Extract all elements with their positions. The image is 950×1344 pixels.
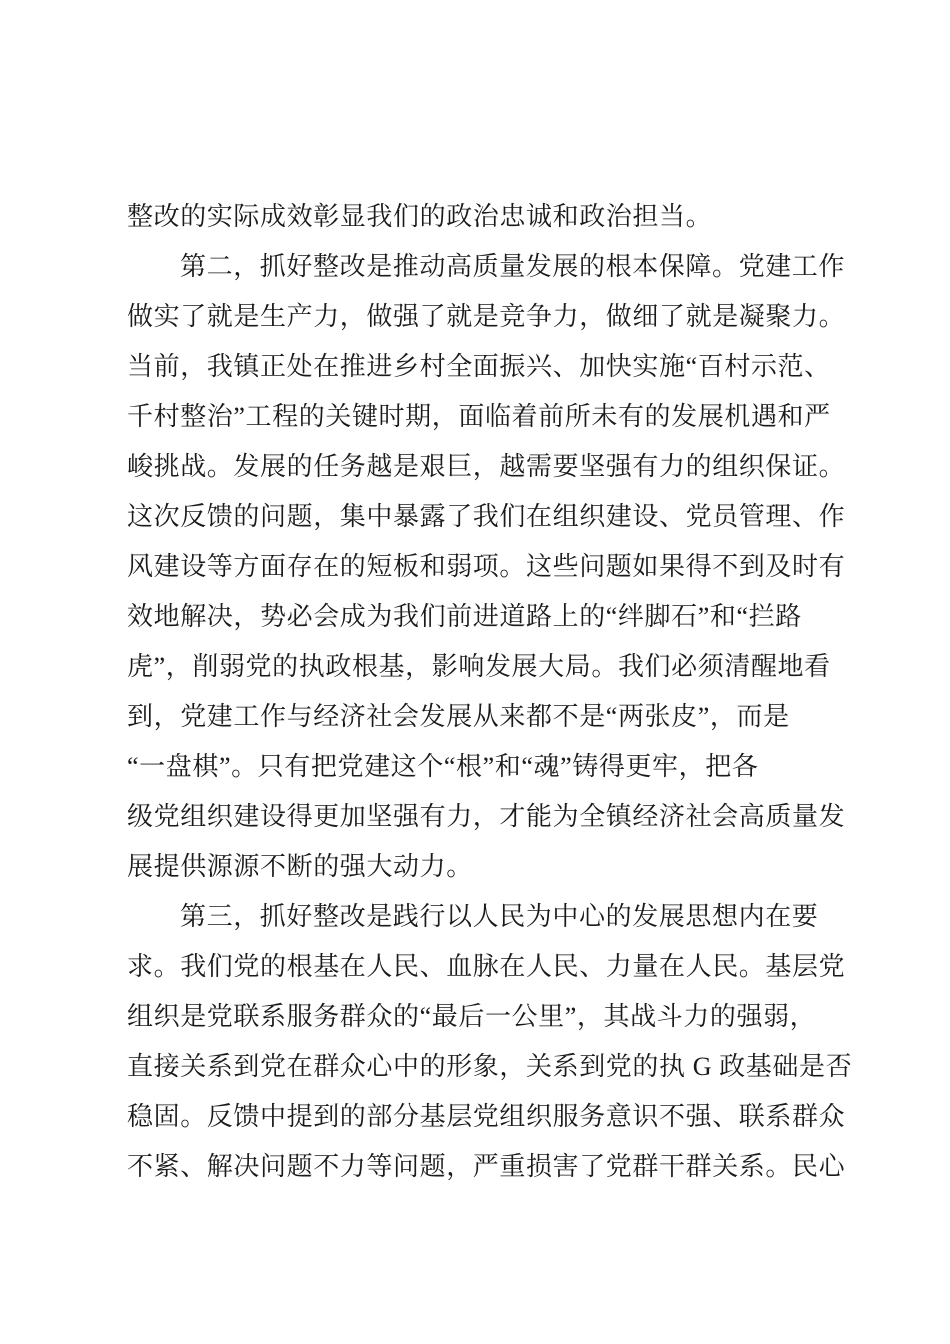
text-line: 风建设等方面存在的短板和弱项。这些问题如果得不到及时有: [127, 542, 849, 592]
document-page: 整改的实际成效彰显我们的政治忠诚和政治担当。第二，抓好整改是推动高质量发展的根本…: [0, 0, 950, 1344]
text-line: 千村整治”工程的关键时期，面临着前所未有的发展机遇和严: [127, 392, 849, 442]
text-line: 组织是党联系服务群众的“最后一公里”，其战斗力的强弱，: [127, 992, 849, 1042]
text-line: 做实了就是生产力，做强了就是竞争力，做细了就是凝聚力。: [127, 292, 849, 342]
text-line: 展提供源源不断的强大动力。: [127, 842, 849, 892]
text-line: 峻挑战。发展的任务越是艰巨，越需要坚强有力的组织保证。: [127, 442, 849, 492]
text-line: 这次反馈的问题，集中暴露了我们在组织建设、党员管理、作: [127, 492, 849, 542]
text-line: 整改的实际成效彰显我们的政治忠诚和政治担当。: [127, 192, 849, 242]
text-line: 到，党建工作与经济社会发展从来都不是“两张皮”，而是: [127, 692, 849, 742]
text-line: “一盘棋”。只有把党建这个“根”和“魂”铸得更牢，把各: [127, 742, 849, 792]
text-line: 不紧、解决问题不力等问题，严重损害了党群干群关系。民心: [127, 1142, 849, 1192]
text-line: 第二，抓好整改是推动高质量发展的根本保障。党建工作: [127, 242, 849, 292]
text-line: 虎”，削弱党的执政根基，影响发展大局。我们必须清醒地看: [127, 642, 849, 692]
text-line: 效地解决，势必会成为我们前进道路上的“绊脚石”和“拦路: [127, 592, 849, 642]
text-line: 稳固。反馈中提到的部分基层党组织服务意识不强、联系群众: [127, 1092, 849, 1142]
text-line: 第三，抓好整改是践行以人民为中心的发展思想内在要: [127, 892, 849, 942]
text-line: 当前，我镇正处在推进乡村全面振兴、加快实施“百村示范、: [127, 342, 849, 392]
text-block: 整改的实际成效彰显我们的政治忠诚和政治担当。第二，抓好整改是推动高质量发展的根本…: [127, 192, 849, 1192]
text-line: 直接关系到党在群众心中的形象，关系到党的执 G 政基础是否: [127, 1042, 849, 1092]
text-line: 求。我们党的根基在人民、血脉在人民、力量在人民。基层党: [127, 942, 849, 992]
text-line: 级党组织建设得更加坚强有力，才能为全镇经济社会高质量发: [127, 792, 849, 842]
